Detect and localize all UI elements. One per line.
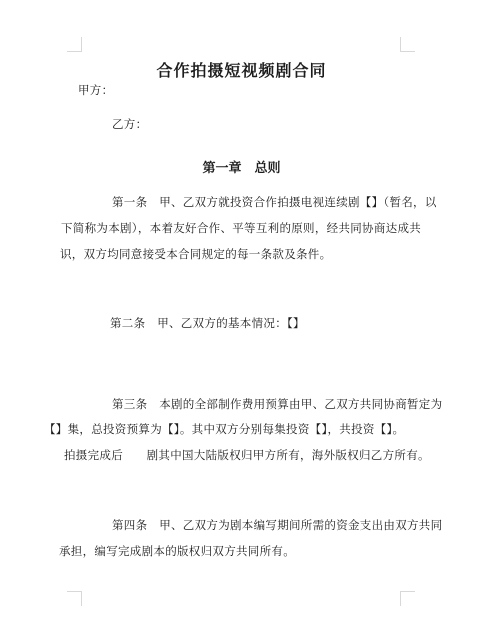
clause-3-line-2: 【】集，总投资预算为【】。其中双方分别每集投资【】，共投资【】。 bbox=[44, 423, 404, 438]
clause-2-line-1: 第二条 甲、乙双方的基本情况：【】 bbox=[110, 317, 305, 332]
clause-3-line-3: 拍摄完成后 剧其中国大陆版权归甲方所有，海外版权归乙方所有。 bbox=[64, 449, 430, 464]
text-boundary-mark-top-left bbox=[67, 37, 82, 52]
clause-4-line-1: 第四条 甲、乙双方为剧本编写期间所需的资金支出由双方共同 bbox=[112, 519, 442, 534]
text-boundary-mark-bottom-left bbox=[67, 591, 82, 606]
document-page: 合作拍摄短视频剧合同 甲方： 乙方： 第一章 总则 第一条 甲、乙双方就投资合作… bbox=[0, 0, 483, 644]
party-b-line: 乙方： bbox=[112, 118, 147, 133]
clause-1-line-2: 下简称为本剧），本着友好合作、平等互利的原则，经共同协商达成共 bbox=[61, 222, 421, 237]
party-a-line: 甲方： bbox=[78, 84, 113, 99]
text-boundary-mark-bottom-right bbox=[400, 591, 415, 606]
clause-1-line-1: 第一条 甲、乙双方就投资合作拍摄电视连续剧【】（暂名，以 bbox=[112, 196, 437, 211]
contract-title: 合作拍摄短视频剧合同 bbox=[0, 58, 483, 81]
clause-3-line-1: 第三条 本剧的全部制作费用预算由甲、乙双方共同协商暂定为 bbox=[112, 398, 442, 413]
text-boundary-mark-top-right bbox=[400, 37, 415, 52]
chapter-heading: 第一章 总则 bbox=[0, 157, 483, 176]
clause-1-line-3: 识，双方均同意接受本合同规定的每一条款及条件。 bbox=[60, 248, 331, 263]
clause-4-line-2: 承担，编写完成剧本的版权归双方共同所有。 bbox=[59, 545, 295, 560]
